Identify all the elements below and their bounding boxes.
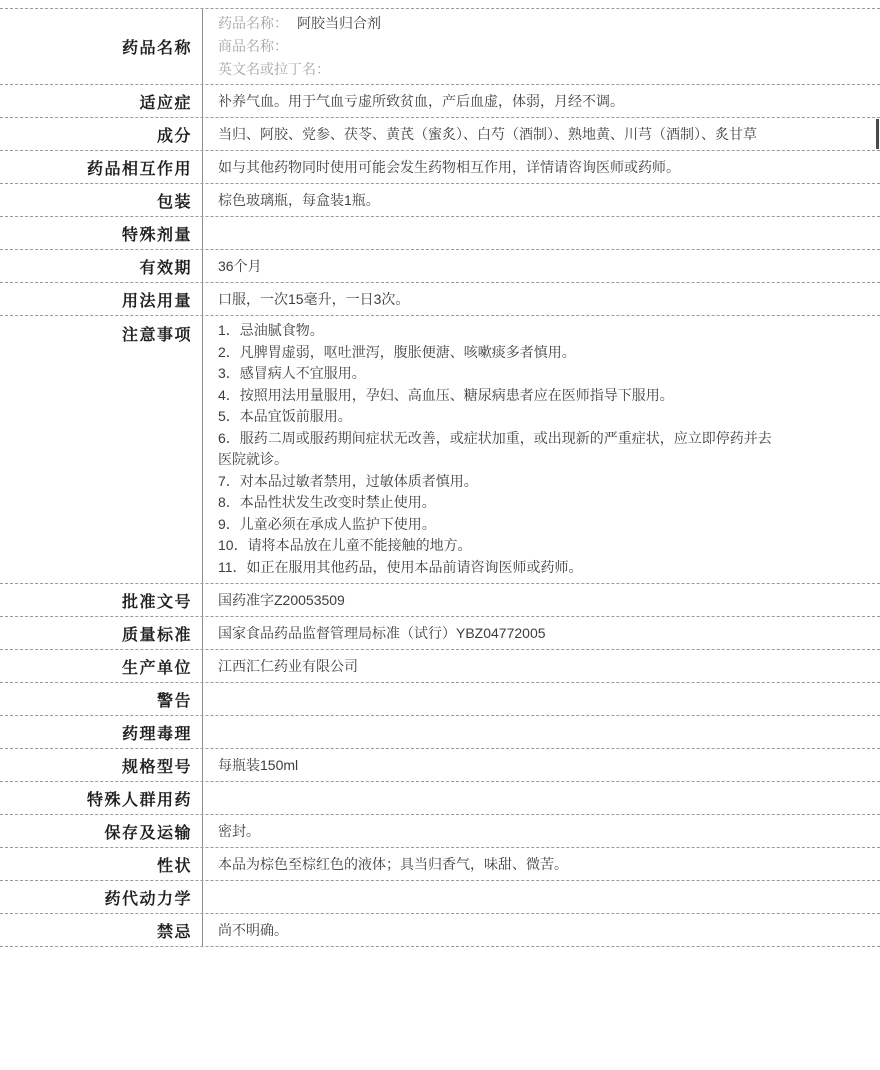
row-label-cell: 成分: [0, 118, 203, 150]
row-label-cell: 警告: [0, 683, 203, 715]
row-label: 药品名称: [122, 35, 192, 58]
field-prefix-label: 英文名或拉丁名：: [218, 61, 330, 77]
table-row-drug-interactions: 药品相互作用 如与其他药物同时使用可能会发生药物相互作用，详情请咨询医师或药师。: [0, 150, 880, 183]
row-label-cell: 生产单位: [0, 650, 203, 682]
row-label-cell: 注意事项: [0, 316, 203, 583]
row-label-cell: 包装: [0, 184, 203, 216]
precaution-line: 4．按照用法用量服用，孕妇、高血压、糖尿病患者应在医师指导下服用。: [218, 385, 868, 407]
row-label: 包装: [157, 189, 192, 212]
precaution-line: 6．服药二周或服药期间症状无改善，或症状加重，或出现新的严重症状，应立即停药并去: [218, 428, 868, 450]
row-text: 棕色玻璃瓶，每盒装1瓶。: [218, 190, 868, 210]
table-row-ingredients: 成分 当归、阿胶、党参、茯苓、黄芪（蜜炙）、白芍（酒制）、熟地黄、川芎（酒制）、…: [0, 117, 880, 150]
row-label-cell: 特殊人群用药: [0, 782, 203, 814]
field-prefix-label: 药品名称：: [218, 15, 288, 31]
row-content: 如与其他药物同时使用可能会发生药物相互作用，详情请咨询医师或药师。: [203, 151, 880, 183]
row-label: 质量标准: [122, 622, 192, 645]
precaution-line: 医院就诊。: [218, 449, 868, 471]
row-content: [203, 716, 880, 748]
row-text: 补养气血。用于气血亏虚所致贫血，产后血虚，体弱，月经不调。: [218, 91, 868, 111]
row-content: 密封。: [203, 815, 880, 847]
row-label-cell: 批准文号: [0, 584, 203, 616]
row-label-cell: 药品名称: [0, 9, 203, 84]
row-label: 药理毒理: [122, 721, 192, 744]
row-label-cell: 用法用量: [0, 283, 203, 315]
row-label: 特殊人群用药: [87, 787, 192, 810]
row-label-cell: 禁忌: [0, 914, 203, 946]
row-content: 药品名称：阿胶当归合剂商品名称：英文名或拉丁名：: [203, 9, 880, 84]
field-prefix-label: 商品名称：: [218, 38, 288, 54]
row-text: 36个月: [218, 256, 868, 276]
row-text: 口服，一次15毫升，一日3次。: [218, 289, 868, 309]
row-label: 禁忌: [157, 919, 192, 942]
row-text: 国药准字Z20053509: [218, 590, 868, 610]
row-content: [203, 782, 880, 814]
name-field-line: 英文名或拉丁名：: [218, 58, 868, 81]
row-text: 如与其他药物同时使用可能会发生药物相互作用，详情请咨询医师或药师。: [218, 157, 868, 177]
row-label-cell: 质量标准: [0, 617, 203, 649]
table-row-contraindications: 禁忌 尚不明确。: [0, 913, 880, 946]
table-row-storage-transport: 保存及运输 密封。: [0, 814, 880, 847]
row-content: 口服，一次15毫升，一日3次。: [203, 283, 880, 315]
row-content: 本品为棕色至棕红色的液体；具当归香气，味甜、微苦。: [203, 848, 880, 880]
row-content: [203, 881, 880, 913]
precaution-line: 10．请将本品放在儿童不能接触的地方。: [218, 535, 868, 557]
row-content: 江西汇仁药业有限公司: [203, 650, 880, 682]
row-label: 药品相互作用: [87, 156, 192, 179]
row-text: 本品为棕色至棕红色的液体；具当归香气，味甜、微苦。: [218, 854, 868, 874]
field-value: 阿胶当归合剂: [297, 15, 381, 31]
row-label: 特殊剂量: [122, 222, 192, 245]
row-label-cell: 规格型号: [0, 749, 203, 781]
precaution-line: 5．本品宜饭前服用。: [218, 406, 868, 428]
precaution-line: 7．对本品过敏者禁用，过敏体质者慎用。: [218, 471, 868, 493]
table-row-quality-standard: 质量标准 国家食品药品监督管理局标准（试行）YBZ04772005: [0, 616, 880, 649]
row-label-cell: 药理毒理: [0, 716, 203, 748]
table-row-pharmacokinetics: 药代动力学: [0, 880, 880, 913]
row-label: 有效期: [139, 255, 192, 278]
name-field-line: 药品名称：阿胶当归合剂: [218, 12, 868, 35]
row-label-cell: 药代动力学: [0, 881, 203, 913]
table-row-indications: 适应症 补养气血。用于气血亏虚所致贫血，产后血虚，体弱，月经不调。: [0, 84, 880, 117]
row-text: 国家食品药品监督管理局标准（试行）YBZ04772005: [218, 623, 868, 643]
row-label: 警告: [157, 688, 192, 711]
row-content: 国药准字Z20053509: [203, 584, 880, 616]
precaution-line: 8．本品性状发生改变时禁止使用。: [218, 492, 868, 514]
row-content: 1．忌油腻食物。2．凡脾胃虚弱，呕吐泄泻，腹胀便溏、咳嗽痰多者慎用。3．感冒病人…: [203, 316, 880, 583]
row-text: 尚不明确。: [218, 920, 868, 940]
table-row-drug-name: 药品名称 药品名称：阿胶当归合剂商品名称：英文名或拉丁名：: [0, 8, 880, 84]
row-label: 批准文号: [122, 589, 192, 612]
table-row-precautions: 注意事项 1．忌油腻食物。2．凡脾胃虚弱，呕吐泄泻，腹胀便溏、咳嗽痰多者慎用。3…: [0, 315, 880, 583]
precaution-line: 2．凡脾胃虚弱，呕吐泄泻，腹胀便溏、咳嗽痰多者慎用。: [218, 342, 868, 364]
row-content: 当归、阿胶、党参、茯苓、黄芪（蜜炙）、白芍（酒制）、熟地黄、川芎（酒制）、炙甘草: [203, 118, 880, 150]
table-row-specification: 规格型号 每瓶装150ml: [0, 748, 880, 781]
table-row-approval-number: 批准文号 国药准字Z20053509: [0, 583, 880, 616]
row-label: 生产单位: [122, 655, 192, 678]
table-row-warning: 警告: [0, 682, 880, 715]
row-label: 药代动力学: [104, 886, 192, 909]
row-label: 适应症: [139, 90, 192, 113]
row-text: 江西汇仁药业有限公司: [218, 656, 868, 676]
row-label: 性状: [157, 853, 192, 876]
row-label-cell: 适应症: [0, 85, 203, 117]
table-row-pharmacology-toxicology: 药理毒理: [0, 715, 880, 748]
right-edge-artifact: [876, 119, 879, 149]
row-label: 保存及运输: [104, 820, 192, 843]
precaution-line: 3．感冒病人不宜服用。: [218, 363, 868, 385]
row-label: 用法用量: [122, 288, 192, 311]
row-text: 密封。: [218, 821, 868, 841]
table-row-packaging: 包装 棕色玻璃瓶，每盒装1瓶。: [0, 183, 880, 216]
table-row-special-populations: 特殊人群用药: [0, 781, 880, 814]
row-text: 每瓶装150ml: [218, 755, 868, 775]
precaution-line: 11．如正在服用其他药品，使用本品前请咨询医师或药师。: [218, 557, 868, 579]
row-label-cell: 有效期: [0, 250, 203, 282]
row-label: 成分: [157, 123, 192, 146]
precaution-line: 1．忌油腻食物。: [218, 320, 868, 342]
table-row-description: 性状 本品为棕色至棕红色的液体；具当归香气，味甜、微苦。: [0, 847, 880, 880]
row-content: 棕色玻璃瓶，每盒装1瓶。: [203, 184, 880, 216]
row-content: 每瓶装150ml: [203, 749, 880, 781]
row-label-cell: 药品相互作用: [0, 151, 203, 183]
row-content: [203, 683, 880, 715]
drug-info-table: 药品名称 药品名称：阿胶当归合剂商品名称：英文名或拉丁名： 适应症 补养气血。用…: [0, 8, 880, 947]
row-label-cell: 特殊剂量: [0, 217, 203, 249]
row-content: 尚不明确。: [203, 914, 880, 946]
table-row-shelf-life: 有效期 36个月: [0, 249, 880, 282]
table-row-special-dosage: 特殊剂量: [0, 216, 880, 249]
row-content: 国家食品药品监督管理局标准（试行）YBZ04772005: [203, 617, 880, 649]
row-content: 补养气血。用于气血亏虚所致贫血，产后血虚，体弱，月经不调。: [203, 85, 880, 117]
precaution-line: 9．儿童必须在承成人监护下使用。: [218, 514, 868, 536]
row-content: [203, 217, 880, 249]
table-row-usage-dosage: 用法用量 口服，一次15毫升，一日3次。: [0, 282, 880, 315]
table-row-manufacturer: 生产单位 江西汇仁药业有限公司: [0, 649, 880, 682]
row-label: 规格型号: [122, 754, 192, 777]
row-content: 36个月: [203, 250, 880, 282]
row-label-cell: 保存及运输: [0, 815, 203, 847]
row-label: 注意事项: [122, 322, 192, 345]
row-label-cell: 性状: [0, 848, 203, 880]
row-text: 当归、阿胶、党参、茯苓、黄芪（蜜炙）、白芍（酒制）、熟地黄、川芎（酒制）、炙甘草: [218, 124, 868, 144]
name-field-line: 商品名称：: [218, 35, 868, 58]
